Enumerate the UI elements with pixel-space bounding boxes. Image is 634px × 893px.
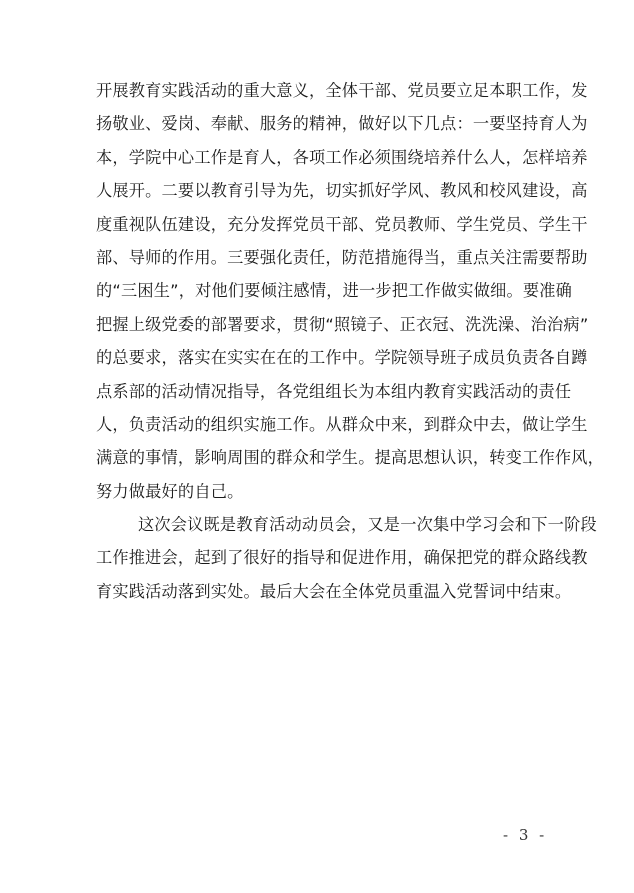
- text-line: 工作推进会，起到了很好的指导和促进作用，确保把党的群众路线教: [96, 541, 542, 574]
- body-text: 开展教育实践活动的重大意义，全体干部、党员要立足本职工作，发 扬敬业、爱岗、奉献…: [96, 74, 542, 608]
- text-line: 的“三困生”，对他们要倾注感情，进一步把工作做实做细。要准确: [96, 274, 542, 307]
- paragraph-1: 开展教育实践活动的重大意义，全体干部、党员要立足本职工作，发 扬敬业、爱岗、奉献…: [96, 74, 542, 508]
- document-page: 开展教育实践活动的重大意义，全体干部、党员要立足本职工作，发 扬敬业、爱岗、奉献…: [0, 0, 634, 893]
- page-number: - 3 -: [503, 826, 547, 844]
- text-line: 人展开。二要以教育引导为先，切实抓好学风、教风和校风建设，高: [96, 174, 542, 207]
- text-line: 本，学院中心工作是育人，各项工作必须围绕培养什么人，怎样培养: [96, 141, 542, 174]
- text-line: 的总要求，落实在实实在在的工作中。学院领导班子成员负责各自蹲: [96, 341, 542, 374]
- text-line: 扬敬业、爱岗、奉献、服务的精神，做好以下几点：一要坚持育人为: [96, 107, 542, 140]
- paragraph-2: 这次会议既是教育活动动员会，又是一次集中学习会和下一阶段 工作推进会，起到了很好…: [96, 508, 542, 608]
- text-line: 努力做最好的自己。: [96, 475, 542, 508]
- text-line: 这次会议既是教育活动动员会，又是一次集中学习会和下一阶段: [96, 508, 542, 541]
- text-line: 满意的事情，影响周围的群众和学生。提高思想认识，转变工作作风，: [96, 441, 542, 474]
- text-line: 度重视队伍建设，充分发挥党员干部、党员教师、学生党员、学生干: [96, 208, 542, 241]
- text-line: 部、导师的作用。三要强化责任，防范措施得当，重点关注需要帮助: [96, 241, 542, 274]
- text-line: 点系部的活动情况指导，各党组组长为本组内教育实践活动的责任: [96, 375, 542, 408]
- text-line: 把握上级党委的部署要求，贯彻“照镜子、正衣冠、洗洗澡、治治病”: [96, 308, 542, 341]
- text-line: 育实践活动落到实处。最后大会在全体党员重温入党誓词中结束。: [96, 575, 542, 608]
- text-line: 开展教育实践活动的重大意义，全体干部、党员要立足本职工作，发: [96, 74, 542, 107]
- text-line: 人，负责活动的组织实施工作。从群众中来，到群众中去，做让学生: [96, 408, 542, 441]
